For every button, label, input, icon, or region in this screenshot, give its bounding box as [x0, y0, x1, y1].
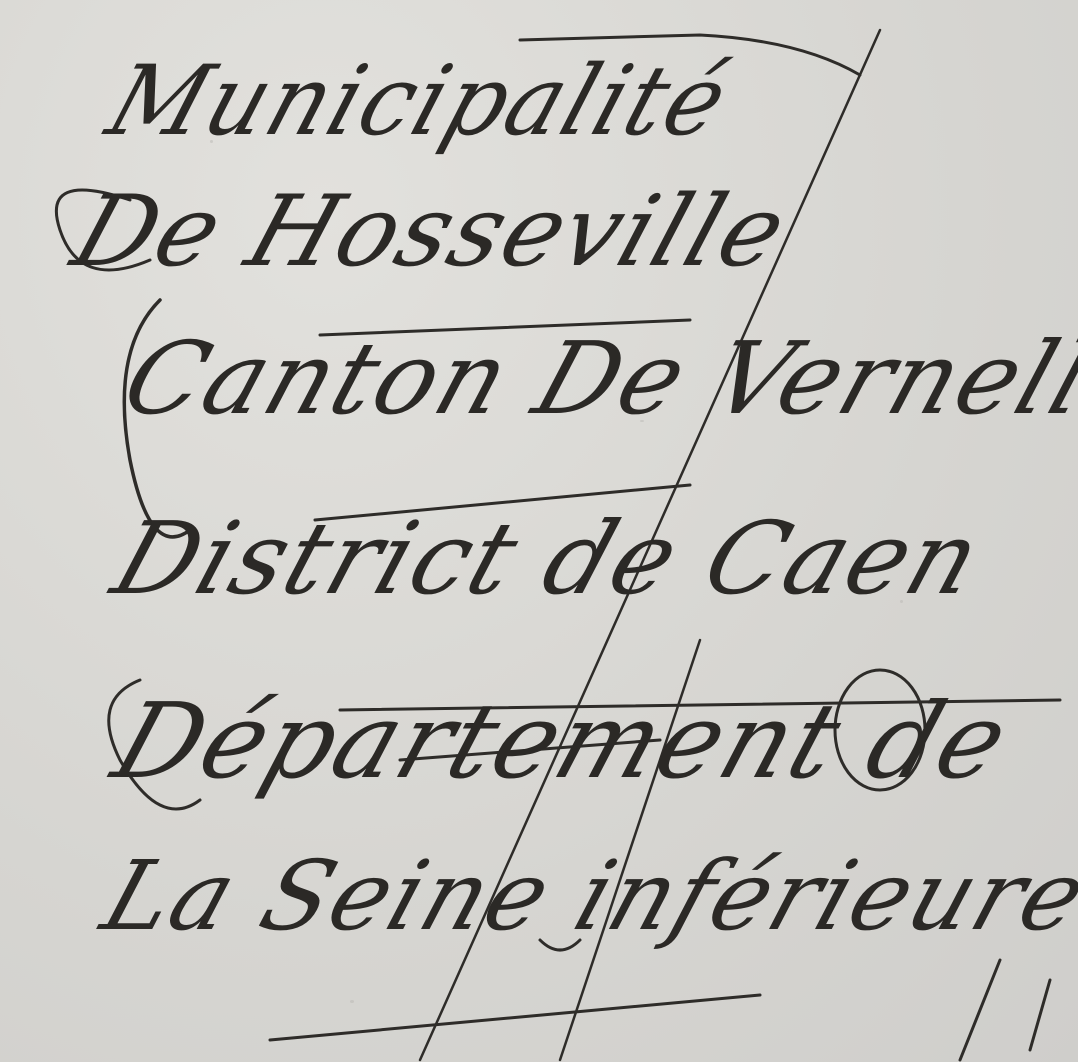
manuscript-page: Municipalité De Hosseville Canton De Ver… — [0, 0, 1078, 1062]
line-district: District de Caen — [100, 500, 996, 617]
line-canton: Canton De Vernelle — [110, 320, 1078, 437]
line-departement: Département de — [100, 680, 1024, 802]
line-municipalite: Municipalité — [95, 45, 743, 157]
line-seine-inferieure: La Seine inférieure — [90, 840, 1078, 952]
paper-speck — [350, 1000, 354, 1003]
line-commune: De Hosseville — [60, 175, 801, 289]
